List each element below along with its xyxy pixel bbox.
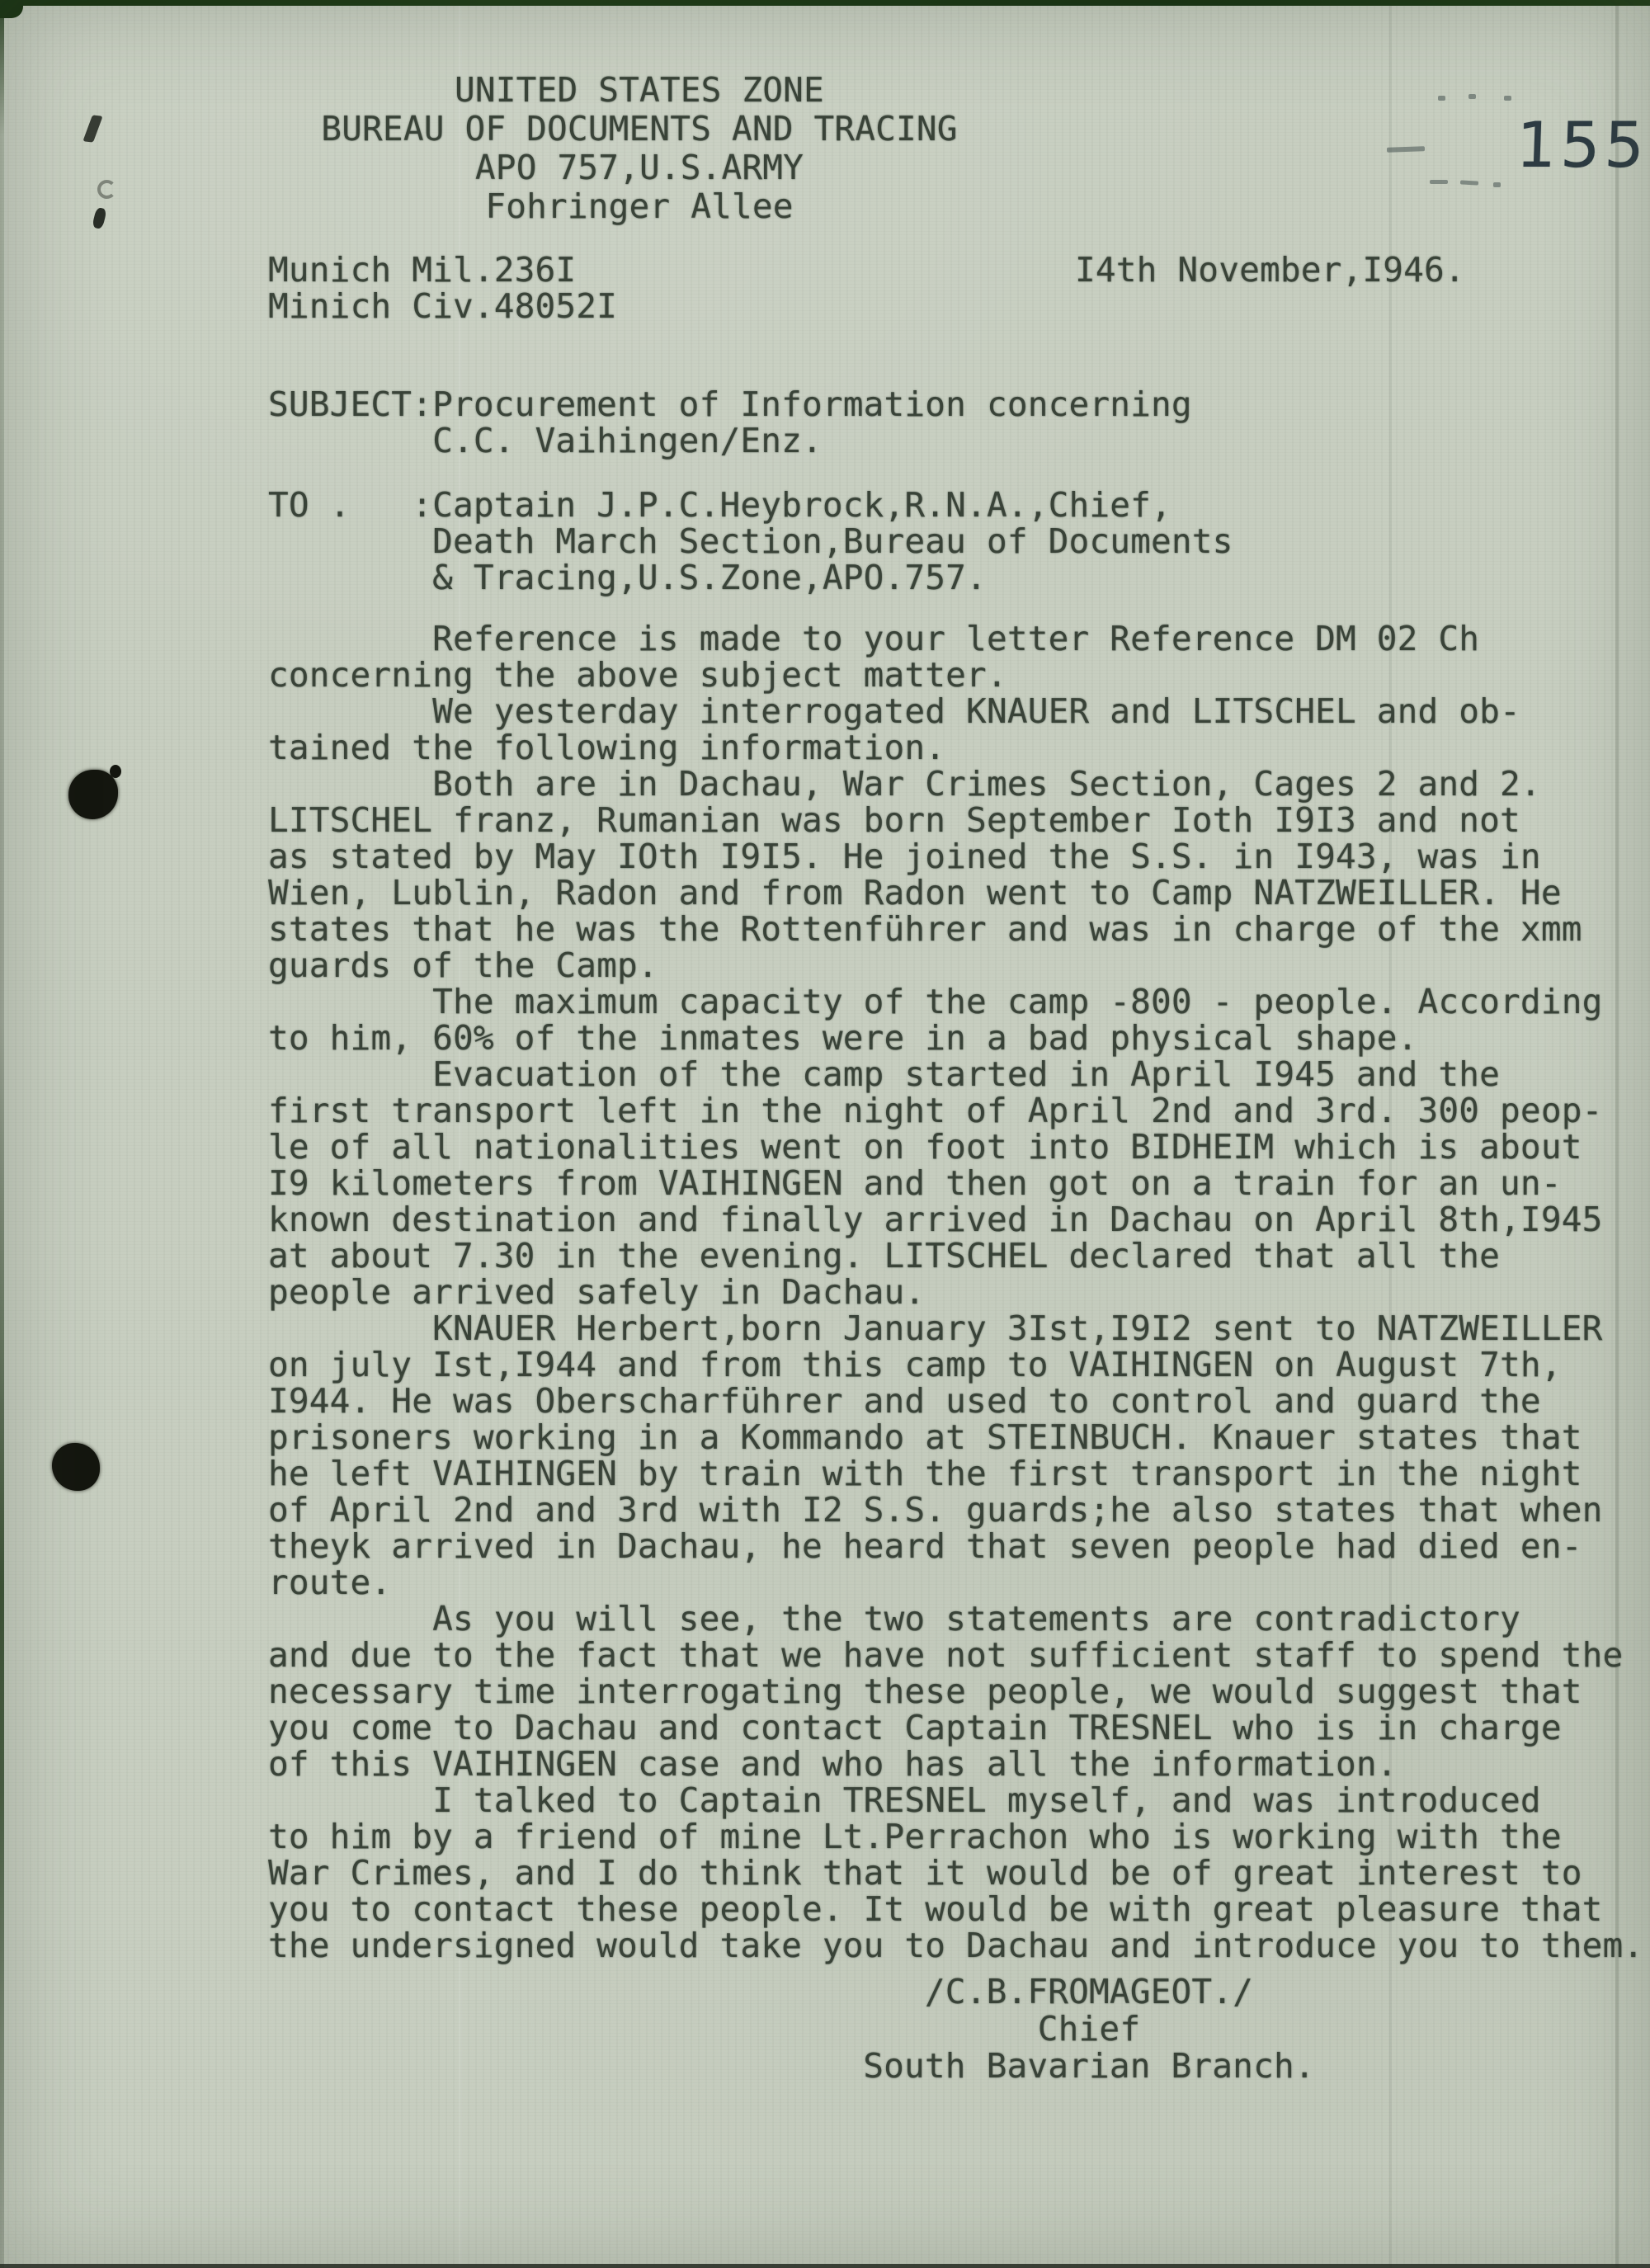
page-number: 155 (1516, 114, 1650, 177)
punch-hole-bottom (52, 1443, 100, 1491)
scan-edge-top (0, 0, 1650, 6)
scan-edge-left (0, 0, 4, 2268)
pencil-dash (1430, 180, 1448, 184)
pencil-dot (1438, 96, 1445, 101)
ink-speck (92, 207, 107, 229)
pencil-dot (1493, 182, 1501, 187)
date-line: I4th November,I946. (1075, 252, 1465, 288)
addressee-block: TO . :Captain J.P.C.Heybrock,R.N.A.,Chie… (268, 487, 1233, 596)
scan-edge-bottom (0, 2264, 1650, 2268)
subject-block: SUBJECT:Procurement of Information conce… (268, 386, 1192, 459)
ink-speck (82, 115, 102, 142)
pencil-dot (1504, 96, 1511, 101)
ink-speck (97, 180, 116, 199)
pencil-dash (1387, 146, 1425, 153)
reference-numbers: Munich Mil.236I Minich Civ.48052I (268, 252, 617, 324)
letterhead: UNITED STATES ZONE BUREAU OF DOCUMENTS A… (297, 71, 982, 226)
pencil-dot (1468, 94, 1476, 99)
letter-body: Reference is made to your letter Referen… (268, 620, 1643, 1964)
scanned-letter-page: UNITED STATES ZONE BUREAU OF DOCUMENTS A… (0, 0, 1650, 2268)
signature-block: /C.B.FROMAGEOT./ Chief South Bavarian Br… (825, 1973, 1353, 2085)
pencil-dash (1460, 180, 1478, 185)
punch-hole-top (68, 770, 118, 819)
